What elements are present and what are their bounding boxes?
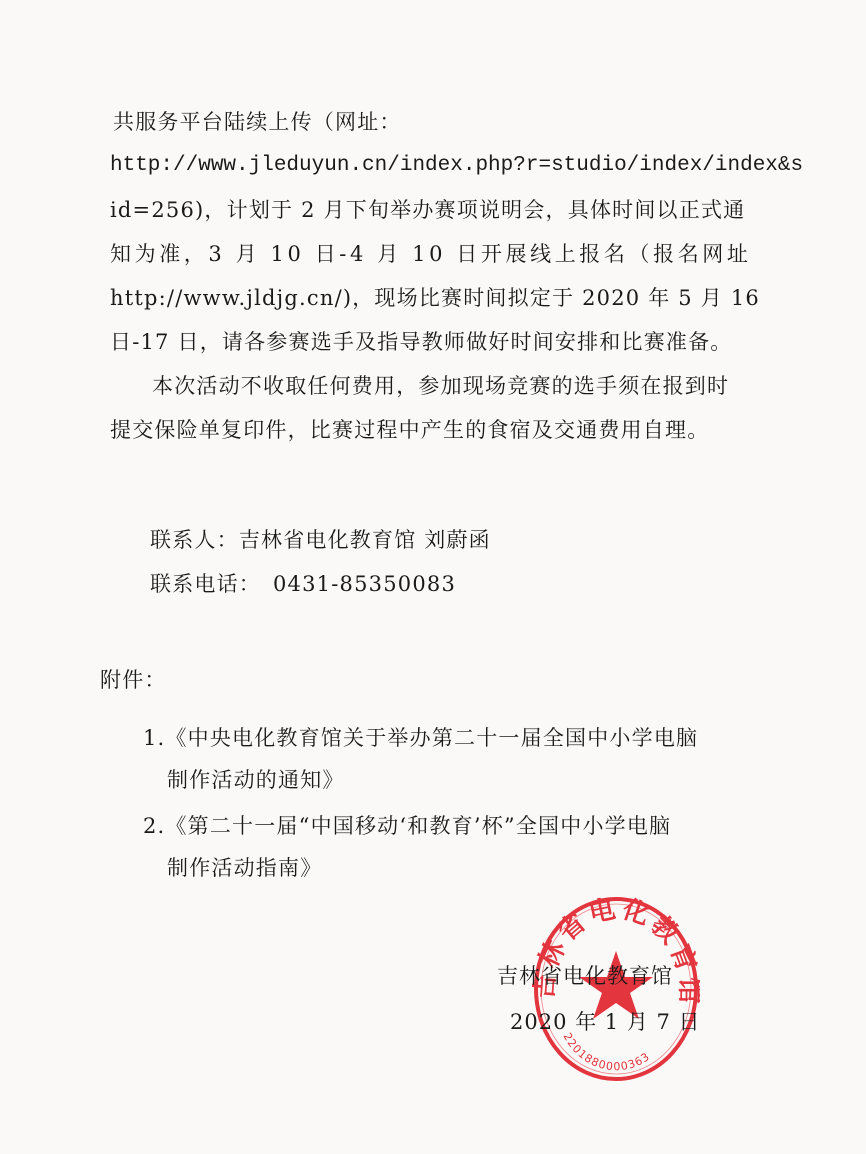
paragraph-line-url: http://www.jleduyun.cn/index.php?r=studi… <box>110 152 803 180</box>
paragraph-line: 日-17 日，请各参赛选手及指导教师做好时间安排和比赛准备。 <box>110 328 733 356</box>
paragraph-line: 本次活动不收取任何费用，参加现场竞赛的选手须在报到时 <box>152 372 729 400</box>
attachment-number: 1. <box>143 726 165 750</box>
attachment-title-continued: 制作活动的通知》 <box>167 766 345 794</box>
attachment-title-continued: 制作活动指南》 <box>167 854 322 882</box>
attachments-label: 附件： <box>100 666 167 694</box>
contact-phone: 联系电话：0431-85350083 <box>150 570 456 598</box>
paragraph-line: id=256)，计划于 2 月下旬举办赛项说明会，具体时间以正式通 <box>110 196 745 224</box>
signature-date: 2020 年 1 月 7 日 <box>510 1008 701 1036</box>
paragraph-line: 共服务平台陆续上传（网址： <box>113 108 402 136</box>
contact-phone-value: 0431-85350083 <box>273 572 456 596</box>
attachment-item-1: 1.《中央电化教育馆关于举办第二十一届全国中小学电脑 <box>143 724 698 752</box>
attachment-item-2: 2.《第二十一届“中国移动‘和教育’杯”全国中小学电脑 <box>143 812 671 840</box>
contact-person-label: 联系人： <box>150 528 239 552</box>
attachment-number: 2. <box>143 814 165 838</box>
document-page: 共服务平台陆续上传（网址： http://www.jleduyun.cn/ind… <box>0 0 866 1154</box>
paragraph-line: http://www.jldjg.cn/)，现场比赛时间拟定于 2020 年 5… <box>110 284 760 312</box>
paragraph-line: 提交保险单复印件，比赛过程中产生的食宿及交通费用自理。 <box>110 416 709 444</box>
paragraph-line: 知为准，3 月 10 日-4 月 10 日开展线上报名（报名网址 <box>110 240 752 268</box>
contact-phone-label: 联系电话： <box>150 572 261 596</box>
contact-person: 联系人：吉林省电化教育馆 刘蔚函 <box>150 526 491 554</box>
attachment-title: 《中央电化教育馆关于举办第二十一届全国中小学电脑 <box>165 726 698 750</box>
signature-organization: 吉林省电化教育馆 <box>497 962 673 990</box>
contact-person-value: 吉林省电化教育馆 刘蔚函 <box>239 528 491 552</box>
attachment-title: 《第二十一届“中国移动‘和教育’杯”全国中小学电脑 <box>165 814 671 838</box>
